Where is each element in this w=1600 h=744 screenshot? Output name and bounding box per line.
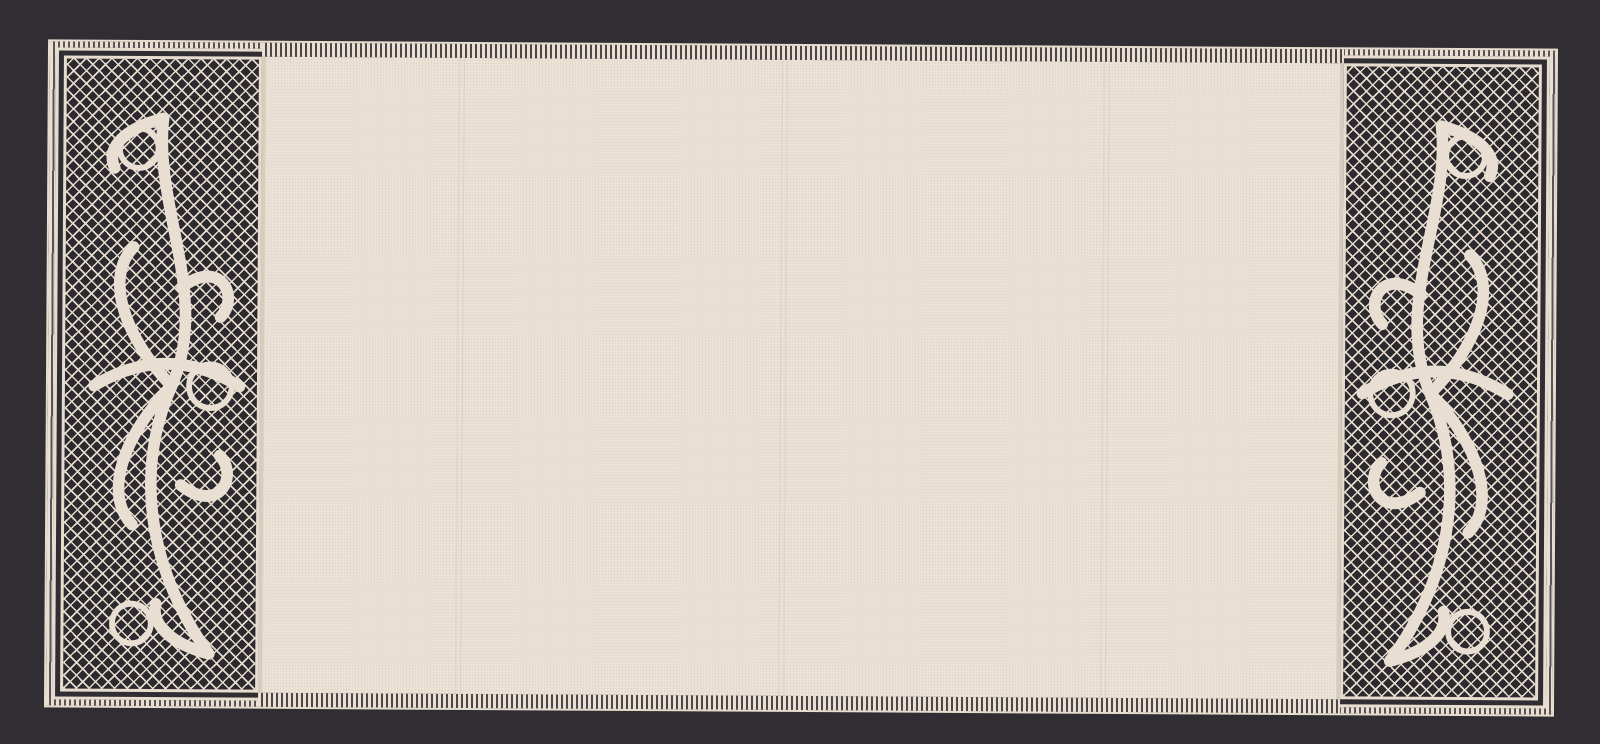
fold-crease: [1100, 62, 1110, 698]
left-lace-panel: [60, 55, 262, 692]
right-lace-panel: [1340, 63, 1542, 700]
lace-cloth: [44, 39, 1558, 716]
fold-crease: [778, 60, 788, 696]
linen-center: [258, 57, 1344, 700]
vine-motif-icon: [1343, 66, 1539, 697]
fold-crease: [455, 58, 465, 694]
vine-motif-icon: [63, 59, 259, 690]
